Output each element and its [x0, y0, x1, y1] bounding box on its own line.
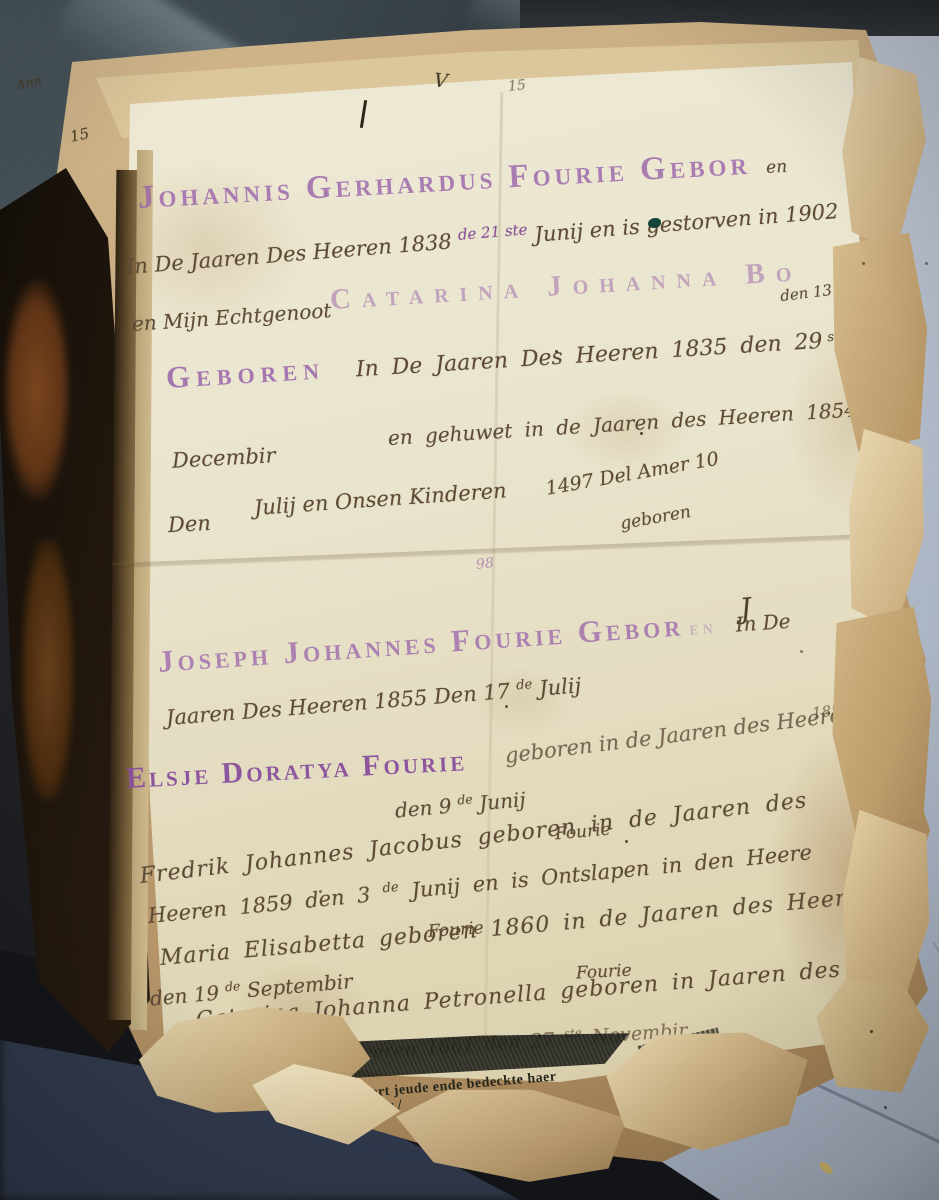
- entry2-line10-sup: de: [457, 791, 474, 807]
- entry1-title-suffix: en: [766, 157, 788, 178]
- entry2-line8-sup: de: [516, 677, 533, 693]
- top-tick-mark: V: [433, 69, 449, 92]
- photo-of-old-register: Ann 15 V 15 26 98 J 1851 Johannis Gerhar…: [0, 0, 939, 1200]
- entry2-line12-sup: de: [382, 880, 399, 896]
- speck-dots: [555, 350, 558, 353]
- entry2-title-suffix: en: [688, 616, 717, 640]
- spine-rust-patch: [4, 280, 70, 500]
- entry2-line10-b: Junij: [478, 787, 526, 815]
- fold-mark-98: 98: [475, 555, 494, 573]
- top-faint-number: 15: [507, 77, 526, 95]
- entry2-title-script: In De: [735, 609, 792, 637]
- entry2-line10-a: den 9: [394, 794, 452, 823]
- entry2-line14-sup: de: [224, 978, 241, 994]
- entry1-line6-a: Den: [167, 511, 211, 537]
- entry2-line8-b: Julij: [538, 673, 582, 700]
- spine-rust-patch: [22, 540, 74, 800]
